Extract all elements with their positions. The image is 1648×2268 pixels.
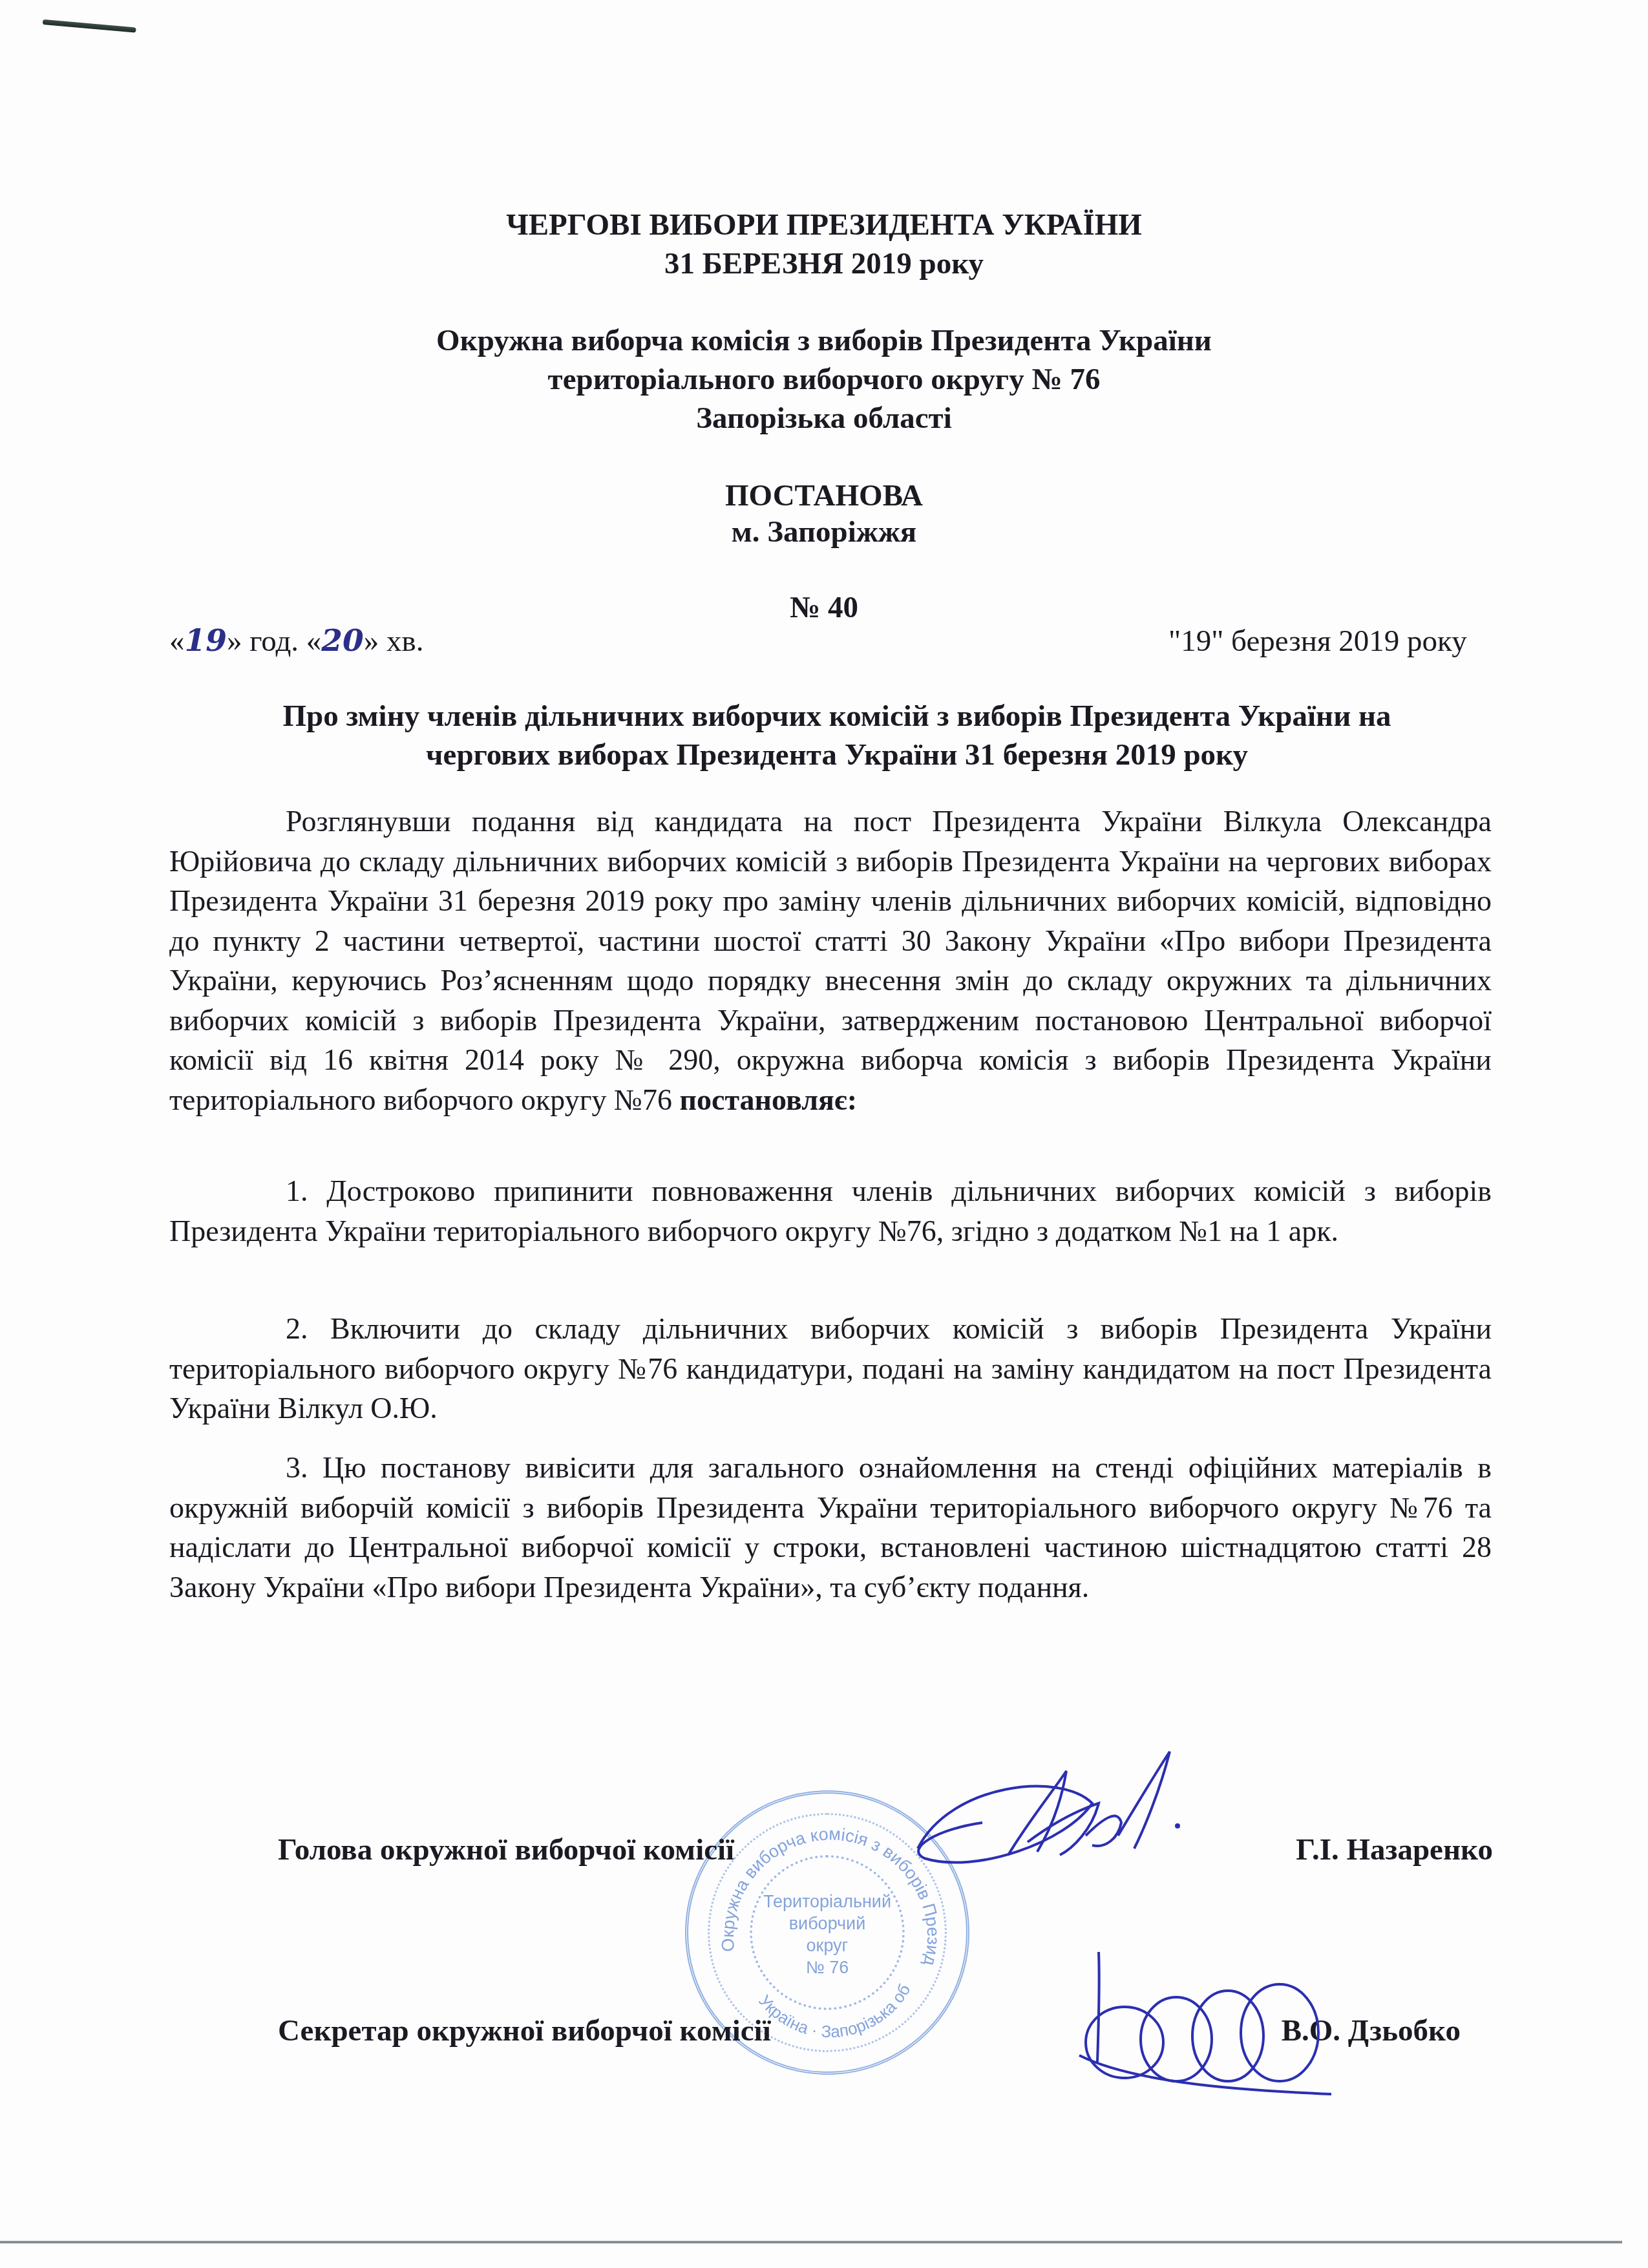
commission-name: Окружна виборча комісія з виборів Презид… [0,321,1648,360]
chair-role: Голова окружної виборчої комісії [278,1830,734,1869]
document-number: № 40 [0,588,1648,627]
election-date: 31 БЕРЕЗНЯ 2019 року [0,244,1648,283]
resolution-item-2: 2. Включити до складу дільничних виборчи… [169,1309,1492,1428]
document-city: м. Запоріжжя [0,513,1648,551]
staple-mark [43,19,136,33]
document-type-title: ПОСТАНОВА [0,476,1648,515]
election-title: ЧЕРГОВІ ВИБОРИ ПРЕЗИДЕНТА УКРАЇНИ [0,206,1648,244]
commission-region: Запорізька області [0,399,1648,438]
resolution-item-3: 3. Цю постанову вивісити для загального … [169,1448,1492,1607]
time-stamp: «19» год. «20» хв. [169,622,423,661]
chair-signature-line: Голова окружної виборчої комісії Г.І. На… [278,1830,1493,1869]
document-date: "19" березня 2019 року [1168,622,1467,661]
resolution-item-1: 1. Достроково припинити повноваження чле… [169,1171,1492,1251]
commission-district: територіального виборчого округу № 76 [0,360,1648,399]
page-bottom-edge [0,2241,1622,2243]
hour-handwritten: 19 [185,623,227,659]
chair-signature [898,1745,1209,1894]
subject-line-2: чергових виборах Президента України 31 б… [174,736,1499,774]
secretary-signature [1060,1945,1357,2101]
minute-handwritten: 20 [321,623,363,659]
document-page: ЧЕРГОВІ ВИБОРИ ПРЕЗИДЕНТА УКРАЇНИ 31 БЕР… [0,0,1648,2268]
secretary-role: Секретар окружної виборчої комісії [278,2011,771,2050]
subject-line-1: Про зміну членів дільничних виборчих ком… [174,697,1499,736]
preamble-paragraph: Розглянувши подання від кандидата на пос… [169,801,1492,1119]
stamp-center-text: Територіальний виборчий округ № 76 [688,1891,966,1978]
resolves-keyword: постановляє: [679,1083,857,1116]
chair-name: Г.І. Назаренко [1296,1830,1493,1869]
